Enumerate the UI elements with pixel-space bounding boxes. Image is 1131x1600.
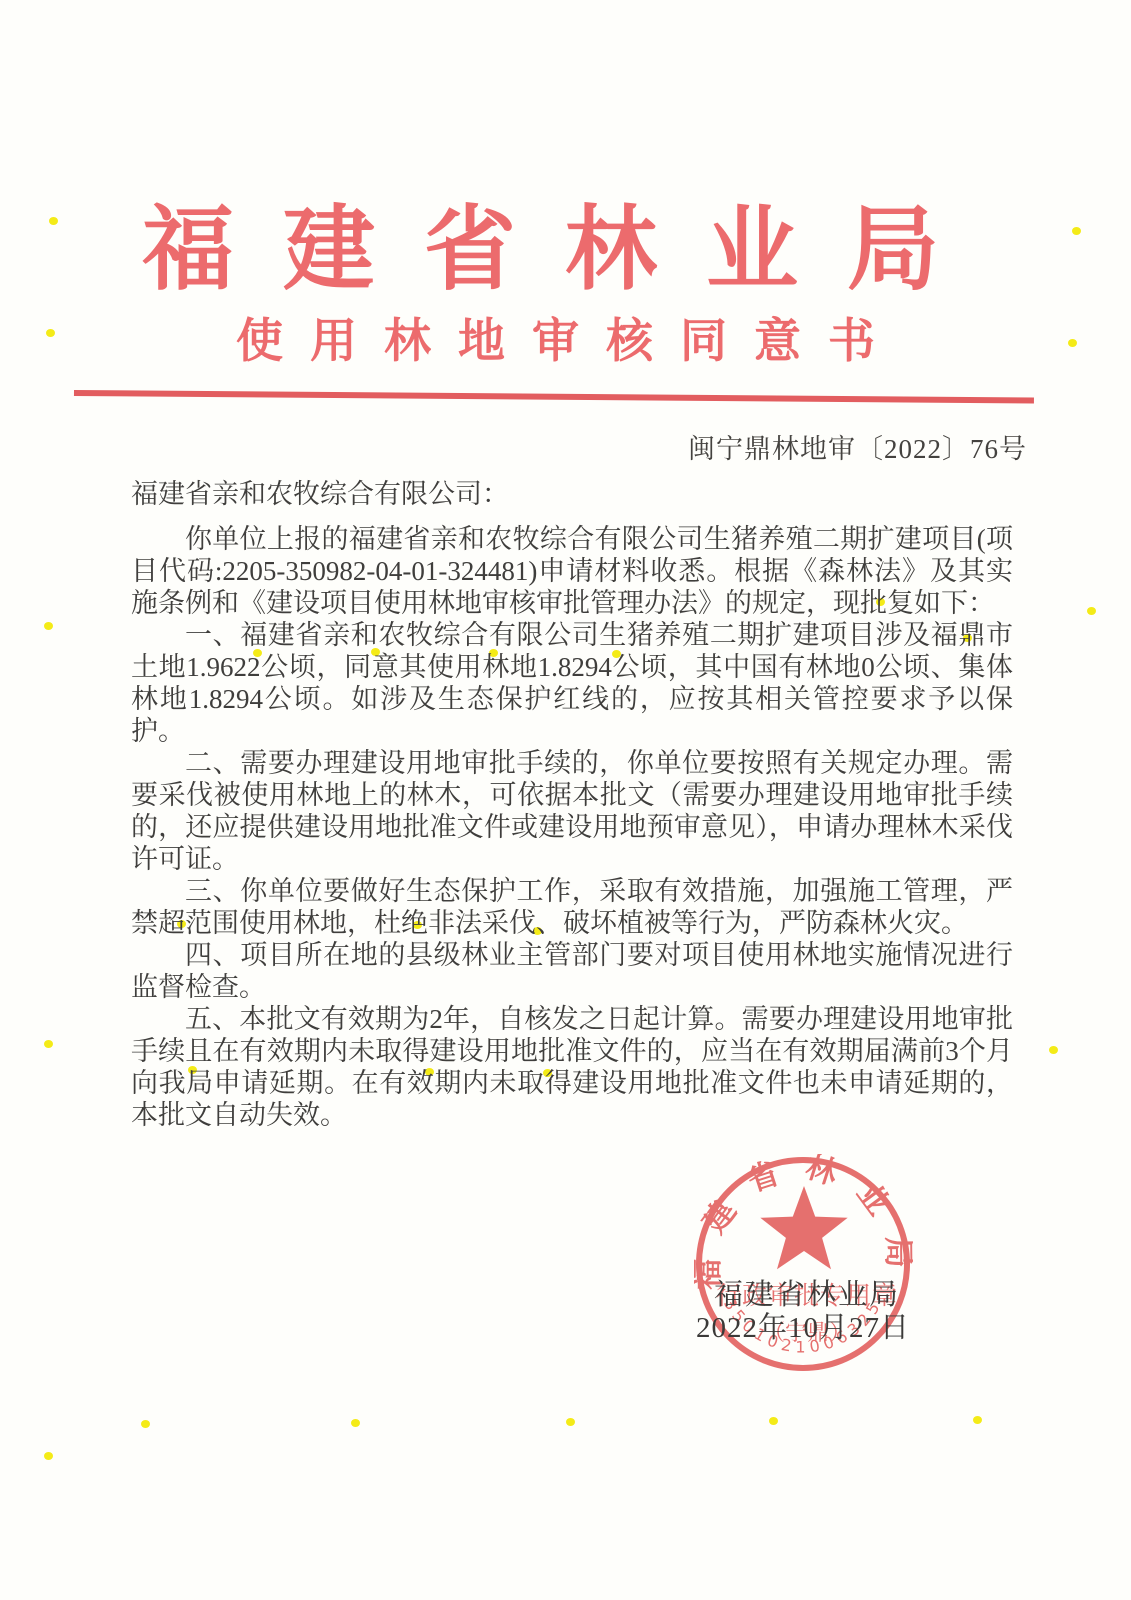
header-divider-rule [74,390,1034,404]
scan-dot [44,1452,53,1460]
paragraph-item-3: 三、你单位要做好生态保护工作，采取有效措施，加强施工管理，严禁超范围使用林地，杜… [131,875,1013,939]
scan-dot [44,1040,53,1048]
paragraph-item-1: 一、福建省亲和农牧综合有限公司生猪养殖二期扩建项目涉及福鼎市土地1.9622公顷… [131,619,1013,747]
paragraph-intro: 你单位上报的福建省亲和农牧综合有限公司生猪养殖二期扩建项目(项目代码:2205-… [131,523,1013,619]
scan-dot [1072,227,1081,235]
scan-dot [44,622,53,630]
agency-title: 福建省林业局 [142,204,988,296]
scan-dot [46,329,55,337]
paragraph-item-2: 二、需要办理建设用地审批手续的，你单位要按照有关规定办理。需要采伐被使用林地上的… [131,747,1013,875]
scan-dot [973,1416,982,1424]
document-number: 闽宁鼎林地审〔2022〕76号 [688,427,1027,466]
scan-dot [141,1420,150,1428]
paragraph-item-5: 五、本批文有效期为2年，自核发之日起计算。需要办理建设用地审批手续且在有效期内未… [131,1003,1013,1131]
paragraph-item-4: 四、项目所在地的县级林业主管部门要对项目使用林地实施情况进行监督检查。 [131,939,1013,1003]
scan-dot [49,217,58,225]
scan-dot [769,1417,778,1425]
scan-dot [1049,1046,1058,1054]
scan-dot [351,1419,360,1427]
document-body: 福建省亲和农牧综合有限公司： 你单位上报的福建省亲和农牧综合有限公司生猪养殖二期… [131,478,1013,1131]
document-type-title: 使用林地审核同意书 [236,319,902,366]
signature-date: 2022年10月27日 [696,1305,910,1346]
scan-dot [1068,339,1077,347]
seal-star-icon [760,1186,847,1269]
scanned-document-page: 福建省林业局 使用林地审核同意书 闽宁鼎林地审〔2022〕76号 福建省亲和农牧… [0,0,1131,1600]
scan-dot [1087,607,1096,615]
salutation: 福建省亲和农牧综合有限公司： [131,478,1013,510]
scan-dot [566,1418,575,1426]
